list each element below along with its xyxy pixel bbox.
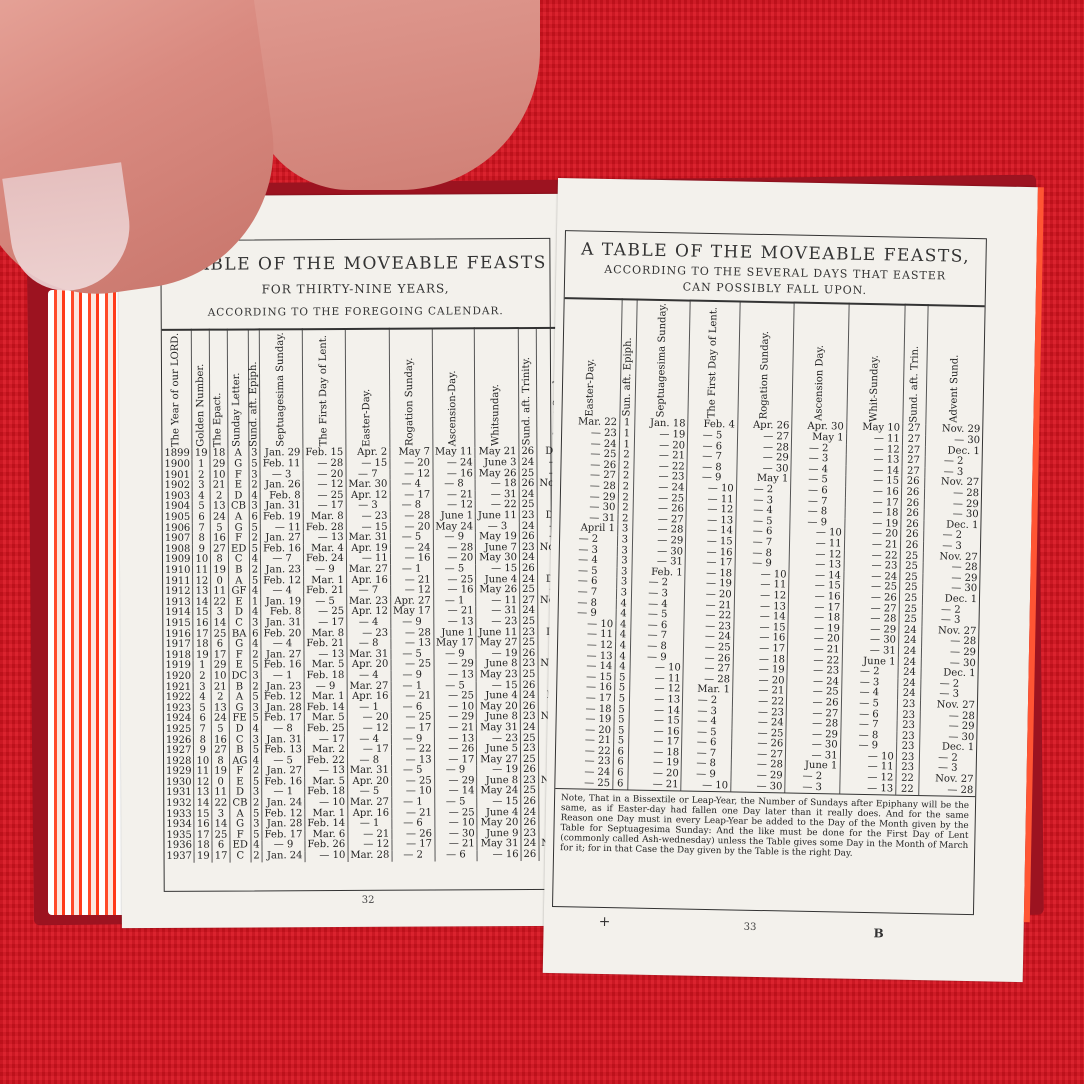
table-cell: — 16 xyxy=(477,850,521,861)
table-cell: 26 xyxy=(521,850,539,861)
column-header: Whitsunday. xyxy=(475,328,519,448)
column-header-label: Septuagesima Sunday. xyxy=(276,332,287,447)
column-header-label: Rogation Sunday. xyxy=(759,331,771,420)
column-header-label: Sund. aft. Trin. xyxy=(909,345,921,422)
column-header-label: Whitsunday. xyxy=(491,384,502,446)
column-header: Sund. aft. Trin. xyxy=(903,305,929,425)
signature-mark: B xyxy=(873,926,883,940)
table-cell: 2 xyxy=(251,851,263,862)
column-header: The First Day of Lent. xyxy=(302,329,345,449)
table-cell: — 10 xyxy=(305,851,348,862)
column-header: Rogation Sunday. xyxy=(389,329,432,449)
column-header-label: Septuagesima Sunday. xyxy=(656,303,669,418)
column-header: Ascension Day. xyxy=(792,303,849,423)
table-cell: — 17 xyxy=(391,723,434,734)
left-page-subtitle-2: ACCORDING TO THE FOREGOING CALENDAR. xyxy=(162,305,550,319)
column-header-label: Sun. aft. Epiph. xyxy=(622,338,634,417)
column-header-label: Ascension-Day. xyxy=(448,370,459,446)
column-header: Easter-Day. xyxy=(562,298,621,419)
table-cell: D xyxy=(229,724,250,735)
table-cell: C xyxy=(230,852,251,863)
column-header: Ascension-Day. xyxy=(432,328,475,448)
column-header: Sund. aft. Trinity. xyxy=(518,328,536,448)
column-header: The Year of our LORD. xyxy=(162,330,193,450)
page-number: 32 xyxy=(362,895,375,906)
moveable-feasts-easter-table: Easter-Day.Sun. aft. Epiph.Septuagesima … xyxy=(555,297,984,796)
leap-year-note: Note, That in a Bissextile or Leap-Year,… xyxy=(554,788,975,865)
table-cell: 3 xyxy=(249,618,261,629)
column-header-label: The Epact. xyxy=(213,392,224,447)
column-header-label: Sunday Letter. xyxy=(232,373,243,447)
column-header: Rogation Sunday. xyxy=(738,302,795,422)
column-header: Sunday Letter. xyxy=(227,329,248,449)
column-header-label: Sund. aft. Epiph. xyxy=(249,361,260,447)
right-table-frame: A TABLE OF THE MOVEABLE FEASTS, ACCORDIN… xyxy=(552,230,987,915)
column-header: Advent Sund. xyxy=(926,305,985,426)
table-cell: 4 xyxy=(250,724,262,735)
column-header-label: The First Day of Lent. xyxy=(708,307,721,419)
column-header: Golden Number. xyxy=(192,330,210,450)
table-cell: 7 xyxy=(194,725,212,736)
column-header: Septuagesima Sunday. xyxy=(259,329,302,449)
table-cell: 22 xyxy=(896,784,920,795)
column-header-label: Easter-Day. xyxy=(362,388,373,446)
table-cell: 19 xyxy=(194,852,212,863)
column-header-label: Whit-Sunday. xyxy=(869,355,881,422)
column-header: The First Day of Lent. xyxy=(688,301,740,421)
column-header: Whit-Sunday. xyxy=(846,304,905,425)
column-header-label: Advent Sund. xyxy=(949,355,961,423)
table-cell: Jan. 24 xyxy=(262,851,305,862)
table-cell: — 6 xyxy=(435,850,478,861)
column-header-label: Easter-Day. xyxy=(585,358,597,416)
column-header: Easter-Day. xyxy=(345,329,390,449)
table-cell: — 12 xyxy=(347,724,391,735)
column-header: Septuagesima Sunday. xyxy=(635,300,691,420)
column-header-label: The First Day of Lent. xyxy=(318,335,329,446)
moveable-feasts-years-table: The Year of our LORD.Golden Number.The E… xyxy=(162,327,582,863)
left-page: A TABLE OF THE MOVEABLE FEASTS FOR THIRT… xyxy=(118,194,562,928)
table-cell: 5 xyxy=(212,724,230,735)
table-cell: 17 xyxy=(212,852,230,863)
plus-mark: + xyxy=(599,914,611,930)
column-header-label: Sund. aft. Trinity. xyxy=(522,357,533,445)
left-table-frame: A TABLE OF THE MOVEABLE FEASTS FOR THIRT… xyxy=(160,238,553,892)
right-page: A TABLE OF THE MOVEABLE FEASTS, ACCORDIN… xyxy=(543,178,1038,982)
table-row: 19371917C2Jan. 24— 10Mar. 28— 2— 6— 1626… xyxy=(165,850,582,863)
table-cell: — 2 xyxy=(392,851,435,862)
column-header-label: Rogation Sunday. xyxy=(405,358,416,446)
right-title-block: A TABLE OF THE MOVEABLE FEASTS, ACCORDIN… xyxy=(565,231,986,299)
left-page-subtitle: FOR THIRTY-NINE YEARS, xyxy=(162,281,550,297)
table-cell: 3 xyxy=(250,671,262,682)
table-cell: 1937 xyxy=(165,852,195,863)
page-number: 33 xyxy=(744,922,757,933)
table-cell: Mar. 28 xyxy=(348,851,392,862)
table-cell: 24 xyxy=(520,723,538,734)
column-header: The Epact. xyxy=(209,330,227,450)
table-cell: 2 xyxy=(194,672,212,683)
table-cell: 6 xyxy=(612,779,627,790)
column-header: Sund. aft. Epiph. xyxy=(248,329,260,449)
column-header-label: Golden Number. xyxy=(195,364,206,447)
table-cell: DC xyxy=(229,671,250,682)
column-header-label: The Year of our LORD. xyxy=(171,333,182,447)
column-header-label: Ascension Day. xyxy=(814,345,826,421)
finger xyxy=(250,0,540,190)
